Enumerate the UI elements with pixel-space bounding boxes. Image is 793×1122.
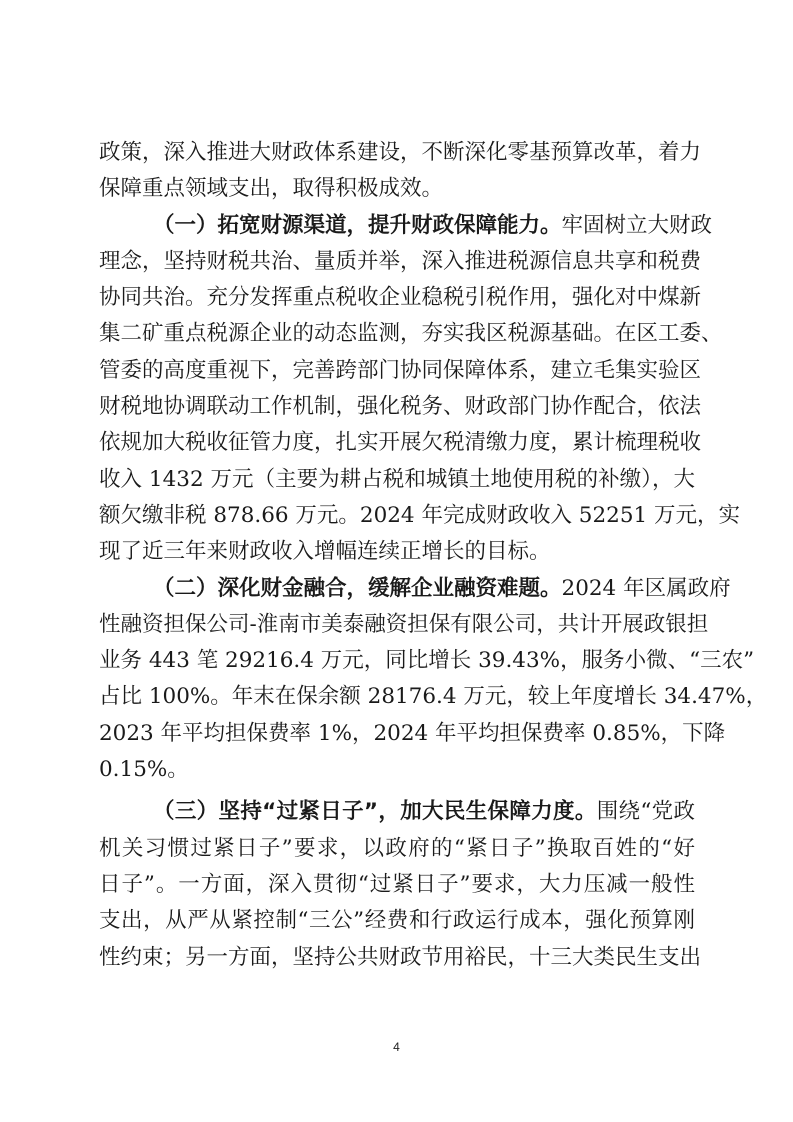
body-text: 政策，深入推进大财政体系建设，不断深化零基预算改革，着力 保障重点领域支出，取得… [99, 135, 695, 976]
text-line: 集二矿重点税源企业的动态监测，夯实我区税源基础。在区工委、 [99, 316, 695, 352]
text-line: 支出，从严从紧控制“三公”经费和行政运行成本，强化预算刚 [99, 903, 695, 939]
paragraph-section-1: （一）拓宽财源渠道，提升财政保障能力。牢固树立大财政 理念，坚持财税共治、量质并… [99, 208, 695, 571]
text-line: 日子”。一方面，深入贯彻“过紧日子”要求，大力压减一般性 [99, 867, 695, 903]
section-heading: （二）深化财金融合，缓解企业融资难题。 [153, 576, 562, 601]
text-line: 2023 年平均担保费率 1%，2024 年平均担保费率 0.85%，下降 [99, 716, 695, 752]
paragraph-intro: 政策，深入推进大财政体系建设，不断深化零基预算改革，着力 保障重点领域支出，取得… [99, 135, 695, 208]
section-lead-text: 围绕“党政 [597, 799, 695, 824]
text-line: 额欠缴非税 878.66 万元。2024 年完成财政收入 52251 万元，实 [99, 498, 695, 534]
section-first-line: （三）坚持“过紧日子”，加大民生保障力度。围绕“党政 [99, 794, 695, 830]
text-line: 政策，深入推进大财政体系建设，不断深化零基预算改革，着力 [99, 135, 695, 171]
text-line: 0.15%。 [99, 752, 695, 788]
paragraph-section-3: （三）坚持“过紧日子”，加大民生保障力度。围绕“党政 机关习惯过紧日子”要求，以… [99, 794, 695, 975]
text-line: 理念，坚持财税共治、量质并举，深入推进税源信息共享和税费 [99, 244, 695, 280]
text-line: 管委的高度重视下，完善跨部门协同保障体系，建立毛集实验区 [99, 353, 695, 389]
document-page: 政策，深入推进大财政体系建设，不断深化零基预算改革，着力 保障重点领域支出，取得… [0, 0, 793, 1122]
text-line: 性融资担保公司-淮南市美泰融资担保有限公司，共计开展政银担 [99, 607, 695, 643]
section-lead-text: 2024 年区属政府 [562, 576, 731, 601]
text-line: 占比 100%。年末在保余额 28176.4 万元，较上年度增长 34.47%， [99, 679, 695, 715]
text-line: 收入 1432 万元（主要为耕占税和城镇土地使用税的补缴），大 [99, 462, 695, 498]
section-lead-text: 牢固树立大财政 [562, 213, 713, 238]
section-heading: （三）坚持“过紧日子”，加大民生保障力度。 [153, 799, 597, 824]
text-line: 性约束；另一方面，坚持公共财政节用裕民，十三大类民生支出 [99, 940, 695, 976]
text-line: 机关习惯过紧日子”要求，以政府的“紧日子”换取百姓的“好 [99, 831, 695, 867]
page-number: 4 [0, 1040, 793, 1054]
text-line: 协同共治。充分发挥重点税收企业稳税引税作用，强化对中煤新 [99, 280, 695, 316]
section-first-line: （二）深化财金融合，缓解企业融资难题。2024 年区属政府 [99, 571, 695, 607]
text-line: 依规加大税收征管力度，扎实开展欠税清缴力度，累计梳理税收 [99, 425, 695, 461]
section-heading: （一）拓宽财源渠道，提升财政保障能力。 [153, 213, 562, 238]
text-line: 保障重点领域支出，取得积极成效。 [99, 171, 695, 207]
text-line: 业务 443 笔 29216.4 万元，同比增长 39.43%，服务小微、“三农… [99, 643, 695, 679]
section-first-line: （一）拓宽财源渠道，提升财政保障能力。牢固树立大财政 [99, 208, 695, 244]
text-line: 财税地协调联动工作机制，强化税务、财政部门协作配合，依法 [99, 389, 695, 425]
text-line: 现了近三年来财政收入增幅连续正增长的目标。 [99, 534, 695, 570]
paragraph-section-2: （二）深化财金融合，缓解企业融资难题。2024 年区属政府 性融资担保公司-淮南… [99, 571, 695, 789]
